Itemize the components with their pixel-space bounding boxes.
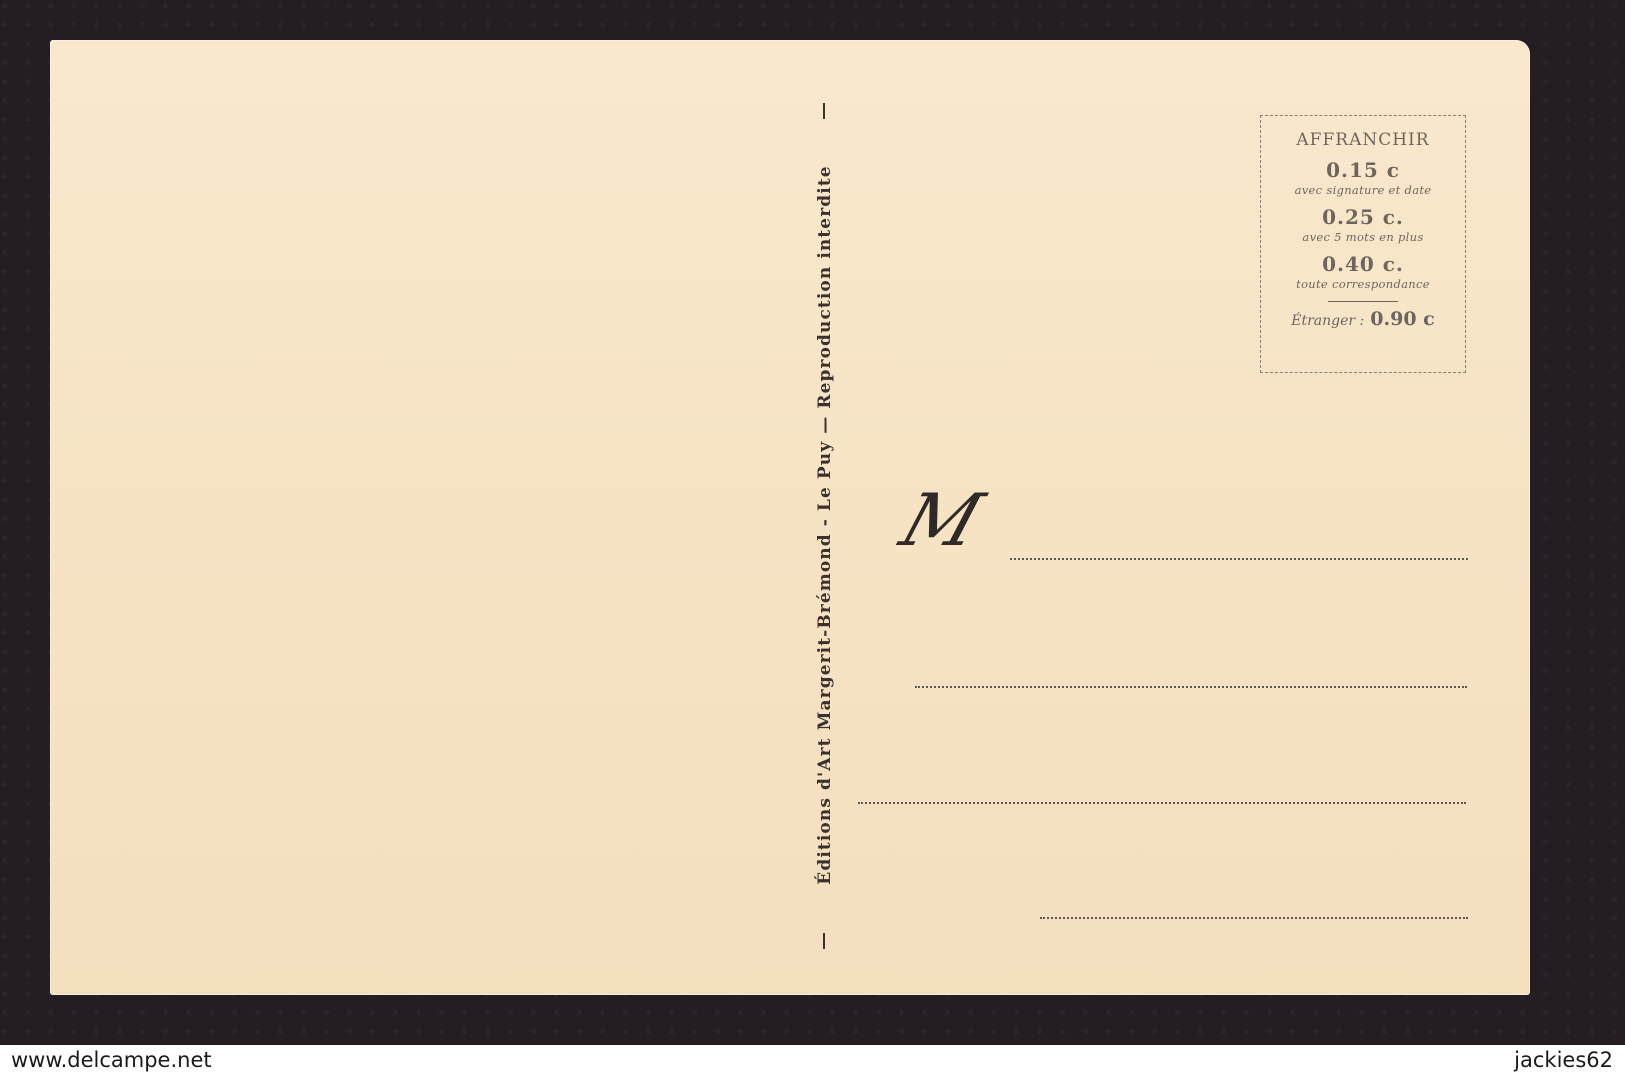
stamp-box: AFFRANCHIR 0.15 c avec signature et date…: [1260, 115, 1466, 373]
stamp-rate-note: toute correspondance: [1261, 277, 1465, 291]
stamp-foreign-label: Étranger :: [1291, 313, 1364, 329]
watermark-site: www.delcampe.net: [11, 1048, 212, 1072]
divider-tick-bottom: [823, 933, 825, 949]
divider-tick-top: [823, 103, 825, 119]
publisher-divider: Éditions d'Art Margerit-Brémond - Le Puy…: [800, 75, 850, 975]
stamp-rate-price: 0.40 c.: [1261, 252, 1465, 276]
address-line-4: [1040, 917, 1468, 919]
address-line-1: [1010, 558, 1468, 560]
watermark-seller: jackies62: [1514, 1048, 1613, 1072]
stamp-rate-price: 0.25 c.: [1261, 205, 1465, 229]
stamp-rate-note: avec signature et date: [1261, 183, 1465, 197]
stamp-rate-note: avec 5 mots en plus: [1261, 230, 1465, 244]
stamp-title: AFFRANCHIR: [1261, 130, 1465, 150]
address-line-2: [915, 686, 1467, 688]
publisher-line: Éditions d'Art Margerit-Brémond - Le Puy…: [815, 165, 835, 884]
address-line-3: [858, 802, 1466, 804]
stamp-foreign-price: 0.90 c: [1370, 308, 1434, 330]
stamp-foreign-rate: Étranger :0.90 c: [1261, 308, 1465, 330]
stamp-rate-price: 0.15 c: [1261, 158, 1465, 182]
stamp-rule: [1328, 301, 1398, 302]
